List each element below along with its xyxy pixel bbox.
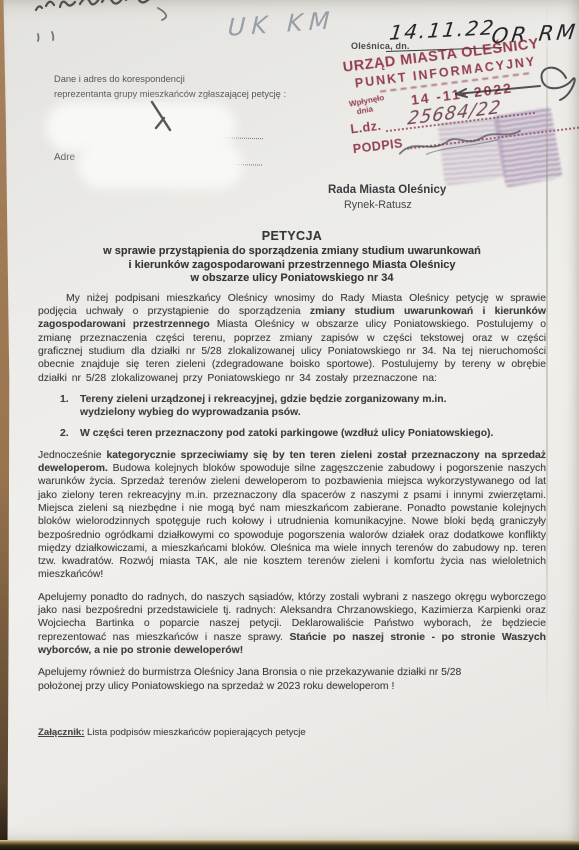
subtitle-line2: i kierunków zagospodarowani przestrzenne…: [38, 259, 546, 273]
subtitle-line1: w sprawie przystąpienia do sporządzenia …: [38, 245, 546, 259]
table-edge: [0, 840, 579, 850]
handwritten-pen-stroke: [142, 96, 182, 136]
list-item-2-text: W części teren przeznaczony pod zatoki p…: [80, 427, 493, 440]
paper-sheet: UK KM Oleśnica, dn. 14.11.22 OR RM URZĄD…: [0, 0, 579, 842]
recipient-block: Rada Miasta Oleśnicy Rynek-Ratusz: [328, 184, 446, 211]
handwritten-date: 14.11.22: [388, 15, 497, 44]
petition-subtitle: w sprawie przystąpienia do sporządzenia …: [38, 245, 546, 286]
stamp-ldz-label: L.dz.: [350, 119, 382, 137]
paragraph-objection: Jednocześnie kategorycznie sprzeciwiamy …: [38, 449, 546, 582]
pencil-note: UK KM: [227, 6, 336, 41]
paper-crease: [546, 0, 548, 720]
handwritten-flourish: [390, 60, 579, 130]
list-item-1-text: Tereny zieleni urządzonej i rekreacyjnej…: [80, 393, 500, 420]
address-label: Adre: [54, 152, 75, 163]
recipient-address: Rynek-Ratusz: [344, 199, 446, 211]
list-item-2: 2. W części teren przeznaczony pod zatok…: [38, 427, 546, 440]
paragraph-intro: My niżej podpisani mieszkańcy Oleśnicy w…: [38, 292, 546, 385]
paragraph-appeal-councilors: Apelujemy ponadto do radnych, do naszych…: [38, 591, 546, 657]
paragraph-appeal-mayor: Apelujemy również do burmistrza Oleśnicy…: [38, 666, 476, 693]
list-number-1: 1.: [60, 393, 72, 420]
sender-line1: Dane i adres do korespondencji: [54, 72, 286, 87]
handwritten-scribble: [30, 0, 200, 64]
list-item-1: 1. Tereny zieleni urządzonej i rekreacyj…: [38, 393, 546, 420]
list-number-2: 2.: [60, 427, 72, 440]
petition-title: PETYCJA: [38, 230, 546, 243]
document-photo: UK KM Oleśnica, dn. 14.11.22 OR RM URZĄD…: [0, 0, 579, 850]
redacted-address-blur: [78, 142, 243, 189]
subtitle-line3: w obszarze ulicy Poniatowskiego nr 34: [38, 272, 546, 286]
attachment-line: Załącznik: Lista podpisów mieszkańców po…: [38, 726, 546, 739]
petition-body: PETYCJA w sprawie przystąpienia do sporz…: [38, 230, 546, 739]
recipient-name: Rada Miasta Oleśnicy: [328, 184, 446, 196]
